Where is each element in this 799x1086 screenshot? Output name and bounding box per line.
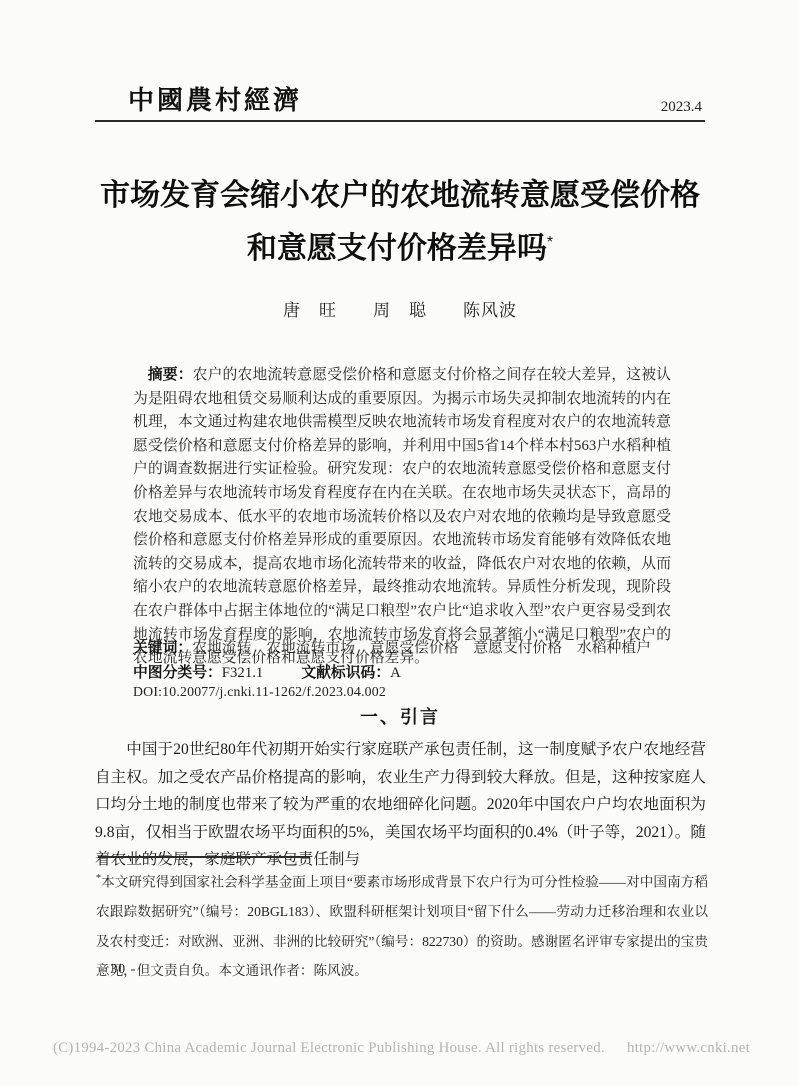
- keywords-text: 农地流转 农地流转市场 意愿受偿价格 意愿支付价格 水稻种植户: [192, 640, 651, 656]
- authors-line: 唐 旺 周 聪 陈风波: [95, 296, 705, 321]
- keywords-line: 关键词：农地流转 农地流转市场 意愿受偿价格 意愿支付价格 水稻种植户: [133, 636, 678, 657]
- page-number: - 30 -: [100, 962, 136, 978]
- footnote-body: 本文研究得到国家社会科学基金面上项目“要素市场形成背景下农户行为可分性检验——对…: [96, 875, 708, 979]
- keywords-label: 关键词：: [133, 640, 192, 656]
- doc-code-label: 文献标识码：: [301, 665, 390, 681]
- section-heading-introduction: 一、引言: [95, 703, 705, 729]
- cnki-footer: (C)1994-2023 China Academic Journal Elec…: [53, 1040, 773, 1057]
- abstract-block: 摘要：农户的农地流转意愿受偿价格和意愿支付价格之间存在较大差异，这被认为是阻碍农…: [133, 364, 671, 671]
- footer-copyright: (C)1994-2023 China Academic Journal Elec…: [53, 1040, 605, 1056]
- footnote-text: *本文研究得到国家社会科学基金面上项目“要素市场形成背景下农户行为可分性检验——…: [96, 864, 708, 986]
- article-title-line2: 和意愿支付价格差异吗: [247, 232, 547, 265]
- journal-page: 中國農村經濟 2023.4 市场发育会缩小农户的农地流转意愿受偿价格 和意愿支付…: [0, 0, 799, 1086]
- clc-label: 中图分类号：: [133, 665, 222, 681]
- header-divider: [95, 120, 705, 122]
- clc-value: F321.1: [222, 665, 264, 681]
- doc-code-value: A: [390, 665, 401, 681]
- title-footnote-marker: *: [547, 234, 553, 251]
- journal-logo: 中國農村經濟: [128, 80, 302, 117]
- abstract-text: 农户的农地流转意愿受偿价格和意愿支付价格之间存在较大差异，这被认为是阻碍农地租赁…: [133, 367, 671, 666]
- journal-issue: 2023.4: [661, 99, 702, 116]
- doi-line: DOI:10.20077/j.cnki.11-1262/f.2023.04.00…: [133, 684, 386, 700]
- clc-line: 中图分类号：F321.1文献标识码：A: [133, 661, 678, 682]
- footnote-divider: [98, 856, 310, 858]
- introduction-paragraph: 中国于20世纪80年代初期开始实行家庭联产承包责任制，这一制度赋予农户农地经营自…: [95, 736, 706, 874]
- article-title: 市场发育会缩小农户的农地流转意愿受偿价格 和意愿支付价格差异吗*: [60, 172, 740, 272]
- footer-cnki-link[interactable]: http://www.cnki.net: [627, 1040, 750, 1056]
- abstract-label: 摘要：: [148, 367, 193, 383]
- article-title-line1: 市场发育会缩小农户的农地流转意愿受偿价格: [100, 179, 700, 212]
